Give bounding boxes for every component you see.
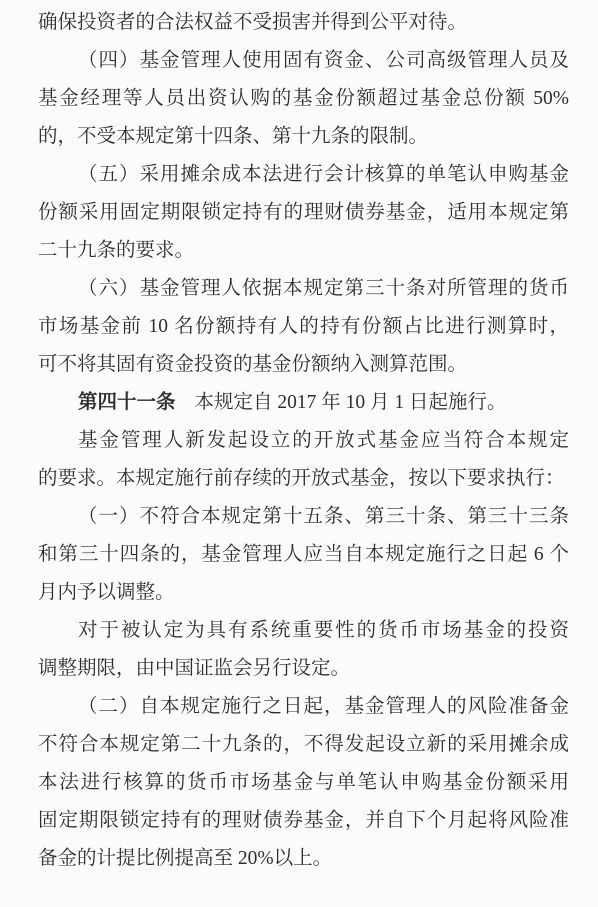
article-number: 第四十一条 (78, 392, 176, 413)
document-line: 调整期限，由中国证监会另行设定。 (38, 650, 569, 688)
document-line: （四）基金管理人使用固有资金、公司高级管理人员及 (38, 42, 569, 80)
document-line: 基金经理等人员出资认购的基金份额超过基金总份额 50% (38, 80, 569, 118)
document-line: 确保投资者的合法权益不受损害并得到公平对待。 (38, 4, 569, 42)
document-line: 的，不受本规定第十四条、第十九条的限制。 (38, 118, 569, 156)
document-line: （六）基金管理人依据本规定第三十条对所管理的货币 (38, 270, 569, 308)
document-line: 和第三十四条的，基金管理人应当自本规定施行之日起 6 个 (38, 536, 569, 574)
document-line: 可不将其固有资金投资的基金份额纳入测算范围。 (38, 346, 569, 384)
document-line: 基金管理人新发起设立的开放式基金应当符合本规定 (38, 422, 569, 460)
document-line: （五）采用摊余成本法进行会计核算的单笔认申购基金 (38, 156, 569, 194)
regulation-document-page: 确保投资者的合法权益不受损害并得到公平对待。 （四）基金管理人使用固有资金、公司… (0, 0, 598, 907)
document-line: 固定期限锁定持有的理财债券基金，并自下个月起将风险准 (38, 802, 569, 840)
document-line: 对于被认定为具有系统重要性的货币市场基金的投资 (38, 612, 569, 650)
document-line: （一）不符合本规定第十五条、第三十条、第三十三条 (38, 498, 569, 536)
document-line: 备金的计提比例提高至 20%以上。 (38, 840, 569, 878)
document-line: 不符合本规定第二十九条的，不得发起设立新的采用摊余成 (38, 726, 569, 764)
document-line-article-41: 第四十一条本规定自 2017 年 10 月 1 日起施行。 (38, 384, 569, 422)
article-text: 本规定自 2017 年 10 月 1 日起施行。 (195, 392, 507, 413)
document-line: 份额采用固定期限锁定持有的理财债券基金，适用本规定第 (38, 194, 569, 232)
document-line: 月内予以调整。 (38, 574, 569, 612)
document-line: 二十九条的要求。 (38, 232, 569, 270)
document-line: （二）自本规定施行之日起，基金管理人的风险准备金 (38, 688, 569, 726)
document-line: 本法进行核算的货币市场基金与单笔认申购基金份额采用 (38, 764, 569, 802)
document-line: 的要求。本规定施行前存续的开放式基金，按以下要求执行： (38, 460, 569, 498)
document-line: 市场基金前 10 名份额持有人的持有份额占比进行测算时， (38, 308, 569, 346)
